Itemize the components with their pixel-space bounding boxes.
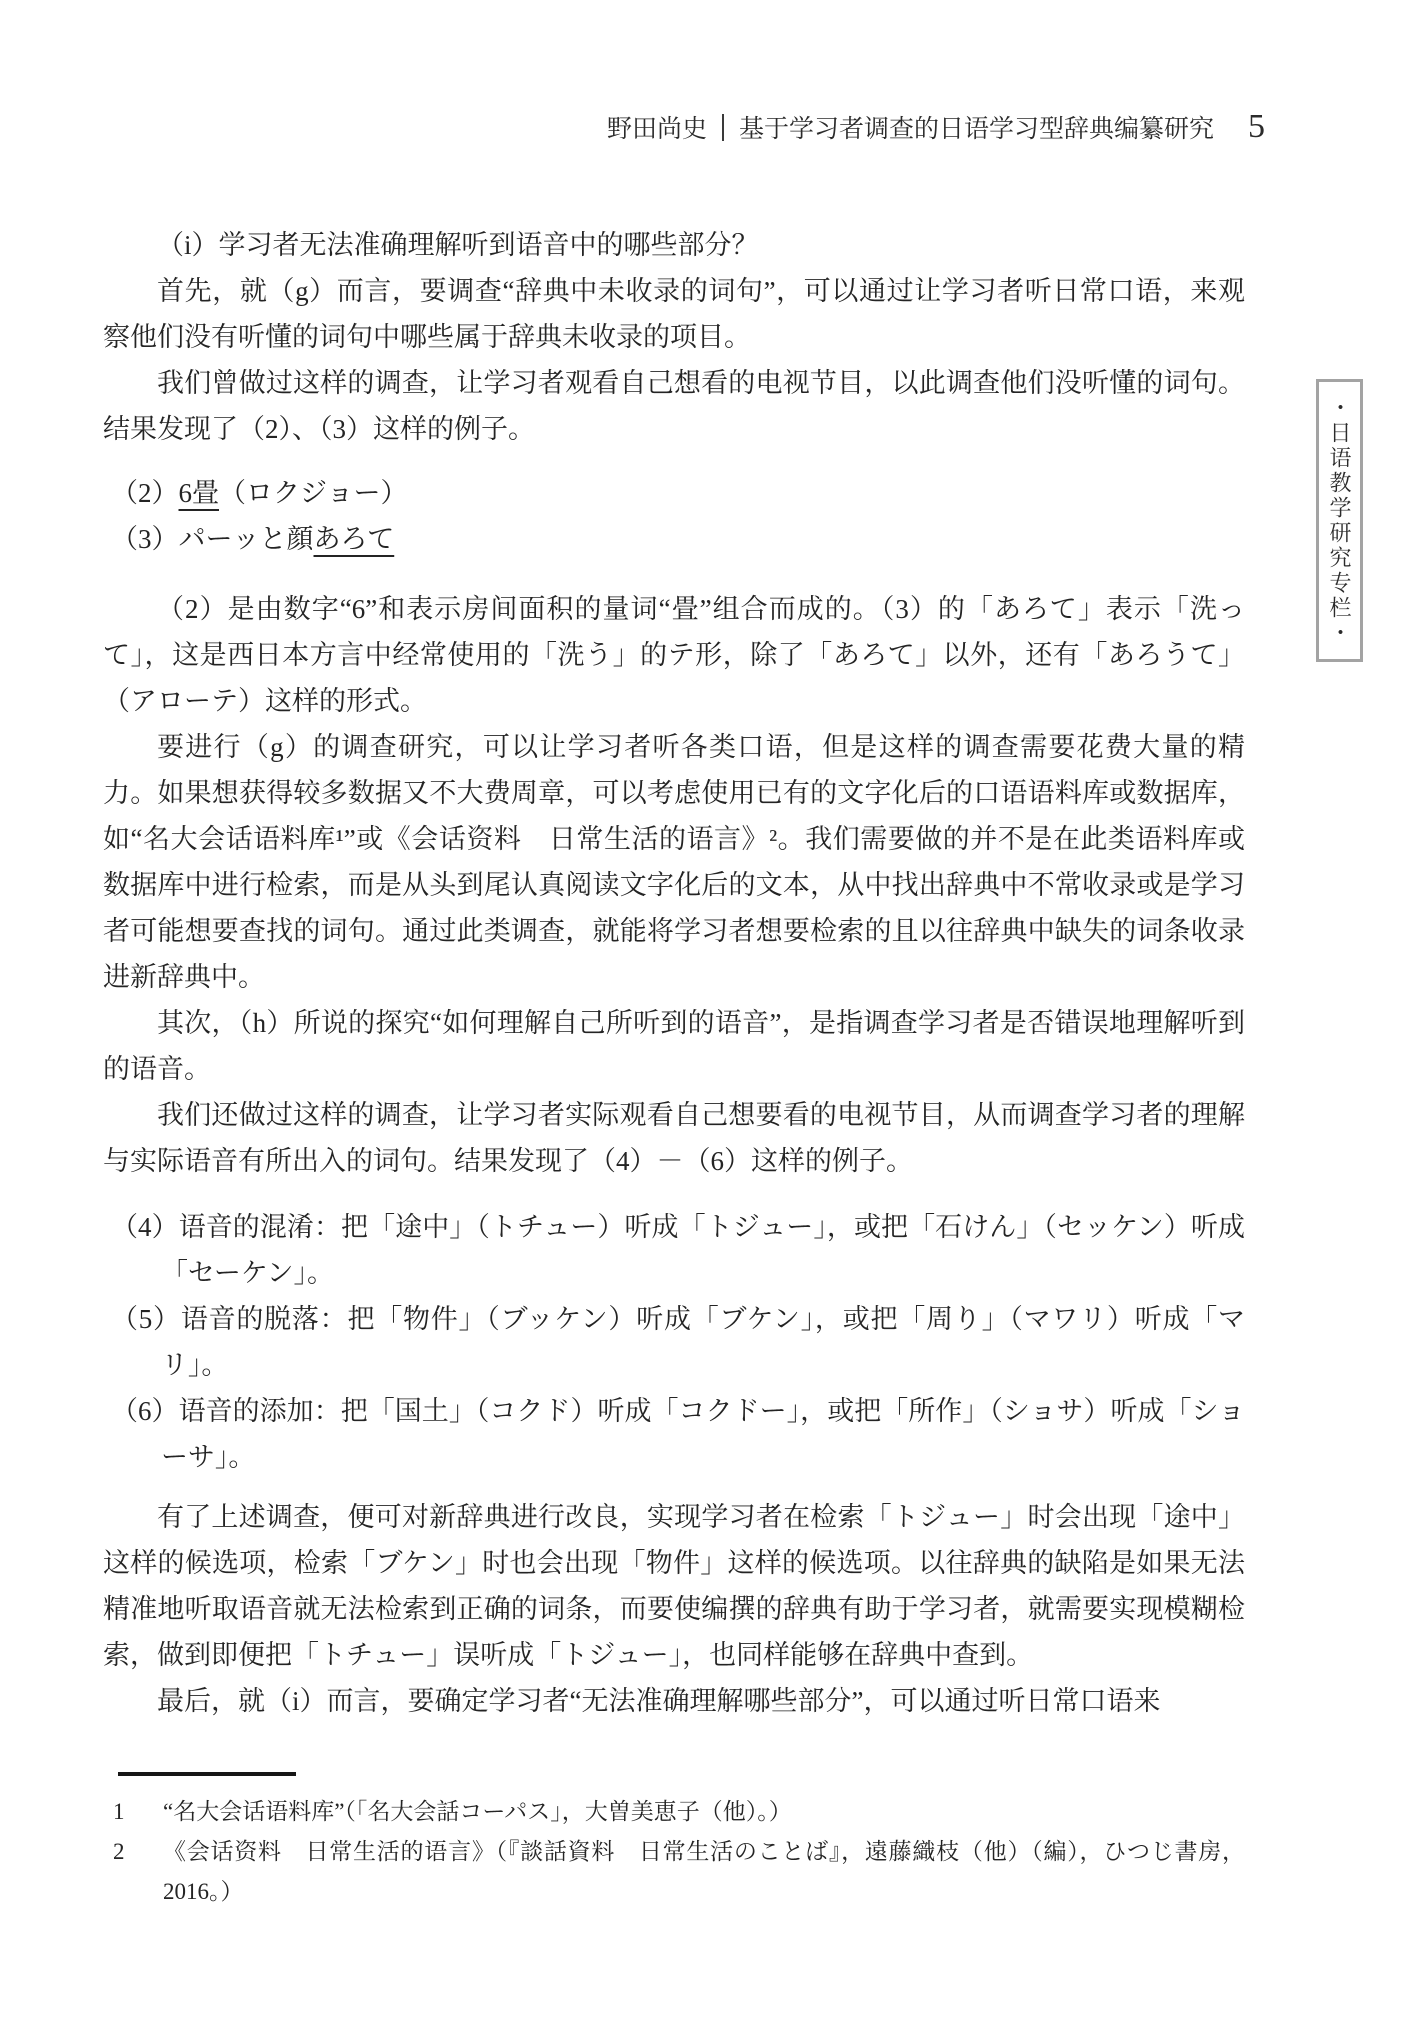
example-text: 语音的脱落：把「物件」（ブッケン）听成「ブケン」，或把「周り」（マワリ）听成「マ…: [161, 1304, 1245, 1380]
paragraph-example-explanation: （2）是由数字“6”和表示房间面积的量词“畳”组合而成的。（3）的「あろて」表示…: [103, 586, 1245, 724]
paragraph-dictionary-improvement: 有了上述调查，便可对新辞典进行改良，实现学习者在检索「トジュー」时会出现「途中」…: [103, 1494, 1245, 1678]
header-divider: [722, 114, 724, 141]
footnote-text: “名大会话语料库”（「名大会話コーパス」，大曽美恵子（他）。）: [163, 1799, 792, 1824]
paragraph-final: 最后，就（i）而言，要确定学习者“无法准确理解哪些部分”，可以通过听日常口语来: [103, 1678, 1245, 1724]
paragraph-question-h: 其次，（h）所说的探究“如何理解自己所听到的语音”，是指调查学习者是否错误地理解…: [103, 1000, 1245, 1092]
example-item: （5）语音的脱落：把「物件」（ブッケン）听成「ブケン」，或把「周り」（マワリ）听…: [111, 1296, 1245, 1388]
example-item: （6）语音的添加：把「国土」（コクド）听成「コクドー」，或把「所作」（ショサ）听…: [111, 1388, 1245, 1480]
header-author: 野田尚史: [607, 109, 707, 145]
running-header: 野田尚史 基于学习者调查的日语学习型辞典编纂研究 5: [607, 108, 1265, 146]
example-label: （5）: [111, 1304, 181, 1334]
example-item: （4）语音的混淆：把「途中」（トチュー）听成「トジュー」，或把「石けん」（セッケ…: [111, 1204, 1245, 1296]
example-label: （4）: [111, 1212, 179, 1242]
footnote-item: 1“名大会话语料库”（「名大会話コーパス」，大曽美恵子（他）。）: [103, 1792, 1245, 1832]
footnotes-section: 1“名大会话语料库”（「名大会話コーパス」，大曽美恵子（他）。）2《会话资料 日…: [103, 1772, 1245, 1912]
footnote-text: 《会话资料 日常生活的语言》（『談話資料 日常生活のことば』，遠藤織枝（他）（編…: [163, 1839, 1245, 1904]
paragraph-corpus: 要进行（g）的调查研究，可以让学习者听各类口语，但是这样的调查需要花费大量的精力…: [103, 724, 1245, 1000]
example-item: （2）6畳（ロクジョー）: [111, 470, 1245, 516]
footnote-marker: 1: [113, 1792, 125, 1832]
article-body: （i）学习者无法准确理解听到语音中的哪些部分？ 首先，就（g）而言，要调查“辞典…: [103, 222, 1245, 1724]
paragraph-second-survey: 我们还做过这样的调查，让学习者实际观看自己想要看的电视节目，从而调查学习者的理解…: [103, 1092, 1245, 1184]
example-text: パーッと顔: [179, 524, 314, 554]
example-label: （2）: [111, 478, 179, 508]
paragraph-survey-g: 首先，就（g）而言，要调查“辞典中未收录的词句”，可以通过让学习者听日常口语，来…: [103, 268, 1245, 360]
example-text: 语音的混淆：把「途中」（トチュー）听成「トジュー」，或把「石けん」（セッケン）听…: [161, 1212, 1245, 1288]
paragraph-tv-survey: 我们曾做过这样的调查，让学习者观看自己想看的电视节目，以此调查他们没听懂的词句。…: [103, 360, 1245, 452]
footnotes-list: 1“名大会话语料库”（「名大会話コーパス」，大曽美恵子（他）。）2《会话资料 日…: [103, 1792, 1245, 1912]
column-side-tab: ・日语教学研究专栏・: [1316, 379, 1363, 662]
page-number: 5: [1248, 108, 1265, 146]
example-item: （3）パーッと顔あろて: [111, 516, 1245, 562]
example-group-2-3: （2）6畳（ロクジョー）（3）パーッと顔あろて: [103, 470, 1245, 562]
example-text: 语音的添加：把「国土」（コクド）听成「コクドー」，或把「所作」（ショサ）听成「シ…: [161, 1396, 1245, 1472]
column-side-tab-label: ・日语教学研究专栏・: [1324, 396, 1355, 646]
document-page: 野田尚史 基于学习者调查的日语学习型辞典编纂研究 5 ・日语教学研究专栏・ （i…: [0, 0, 1425, 2034]
paragraph-question-i: （i）学习者无法准确理解听到语音中的哪些部分？: [103, 222, 1245, 268]
footnote-separator-rule: [118, 1772, 296, 1776]
header-article-title: 基于学习者调查的日语学习型辞典编纂研究: [739, 109, 1214, 145]
example-text: （ロクジョー）: [219, 478, 407, 508]
example-underlined-term: 6畳: [179, 478, 220, 508]
footnote-item: 2《会话资料 日常生活的语言》（『談話資料 日常生活のことば』，遠藤織枝（他）（…: [103, 1832, 1245, 1912]
example-label: （3）: [111, 524, 179, 554]
example-label: （6）: [111, 1396, 179, 1426]
footnote-marker: 2: [113, 1832, 125, 1872]
example-underlined-term: あろて: [314, 524, 395, 554]
example-group-4-6: （4）语音的混淆：把「途中」（トチュー）听成「トジュー」，或把「石けん」（セッケ…: [103, 1204, 1245, 1480]
